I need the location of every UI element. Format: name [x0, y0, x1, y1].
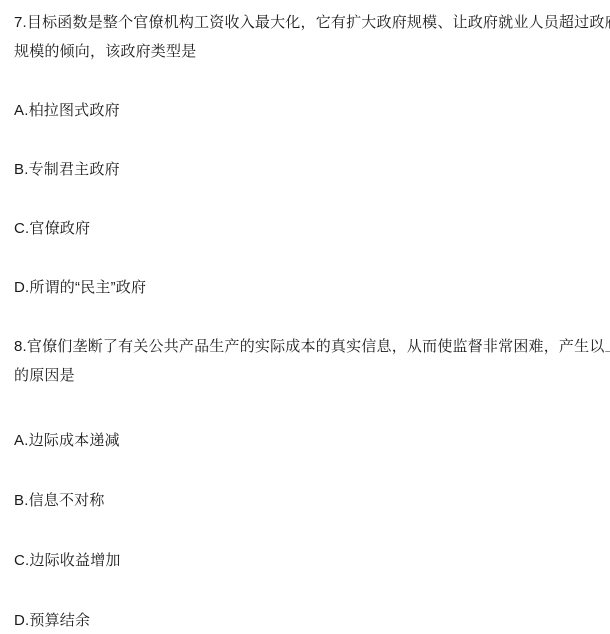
question-8-option-d: D.预算结余	[14, 606, 598, 634]
question-7-stem-line-2: 规模的倾向，该政府类型是	[14, 37, 598, 66]
question-block-7: 7.目标函数是整个官僚机构工资收入最大化，它有扩大政府规模、让政府就业人员超过政…	[14, 8, 598, 302]
question-7-option-a: A.柏拉图式政府	[14, 96, 598, 125]
question-7-option-c: C.官僚政府	[14, 214, 598, 243]
question-8-option-a: A.边际成本递减	[14, 426, 598, 455]
question-8-option-b: B.信息不对称	[14, 486, 598, 515]
question-7-option-b: B.专制君主政府	[14, 155, 598, 184]
question-8-stem-line-2: 的原因是	[14, 361, 598, 390]
question-8-option-c: C.边际收益增加	[14, 546, 598, 575]
question-7-stem-line-1: 7.目标函数是整个官僚机构工资收入最大化，它有扩大政府规模、让政府就业人员超过政…	[14, 8, 598, 37]
question-block-8: 8.官僚们垄断了有关公共产品生产的实际成本的真实信息，从而使监督非常困难，产生以…	[14, 332, 598, 634]
exam-document-page: 7.目标函数是整个官僚机构工资收入最大化，它有扩大政府规模、让政府就业人员超过政…	[0, 0, 610, 634]
question-7-option-d: D.所谓的“民主”政府	[14, 273, 598, 302]
question-8-stem-line-1: 8.官僚们垄断了有关公共产品生产的实际成本的真实信息，从而使监督非常困难，产生以…	[14, 332, 598, 361]
